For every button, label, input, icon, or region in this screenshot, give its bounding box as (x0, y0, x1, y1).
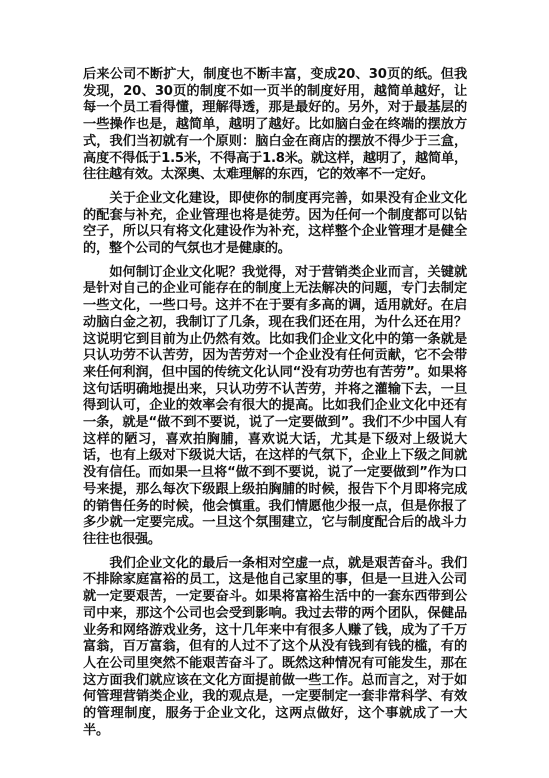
paragraph-3: 如何制订企业文化呢？我觉得，对于营销类企业而言，关键就是针对自己的企业可能存在的… (83, 265, 467, 549)
paragraph-1: 后来公司不断扩大，制度也不断丰富，变成20、30页的纸。但我发现，20、30页的… (83, 67, 467, 184)
paragraph-2: 关于企业文化建设，即使你的制度再完善，如果没有企业文化的配套与补充，企业管理也将… (83, 191, 467, 258)
paragraph-4: 我们企业文化的最后一条相对空虚一点，就是艰苦奋斗。我们不排除家庭富裕的员工，这是… (83, 556, 467, 740)
document-page: 后来公司不断扩大，制度也不断丰富，变成20、30页的纸。但我发现，20、30页的… (83, 67, 467, 746)
